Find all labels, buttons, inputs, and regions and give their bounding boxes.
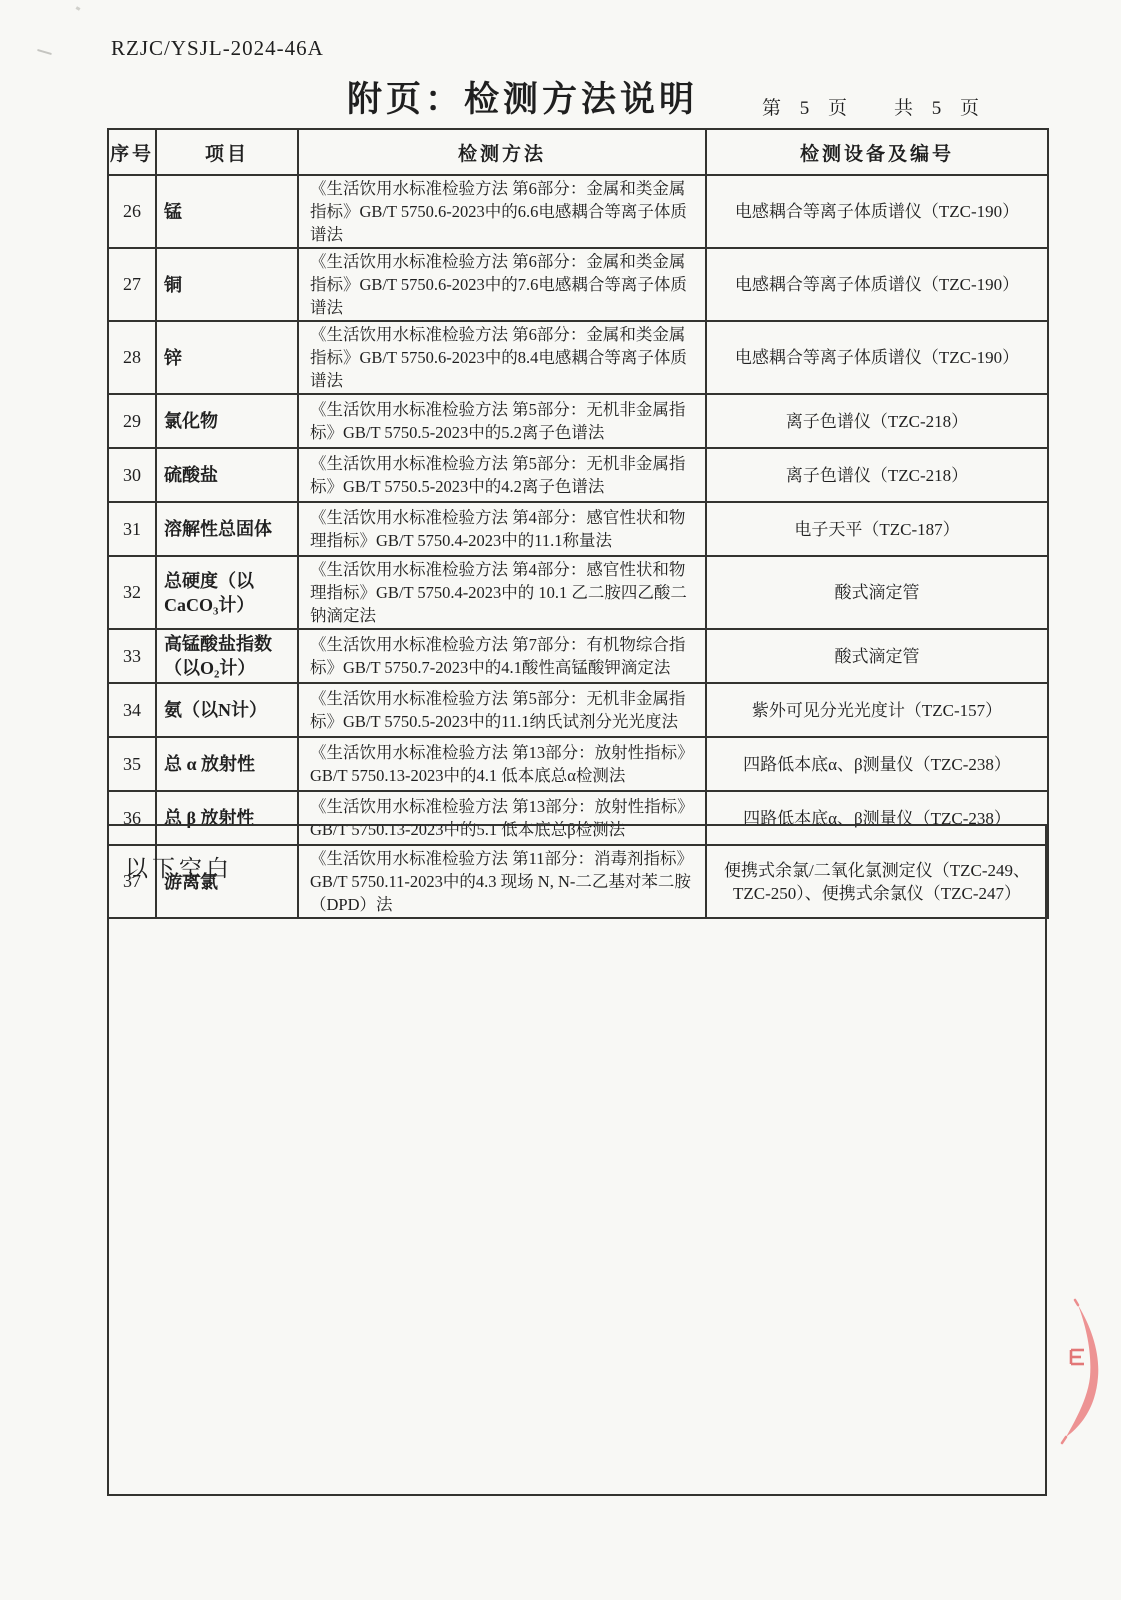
page-indicator: 第 5 页 共 5 页 xyxy=(762,93,986,120)
row-method: 《生活饮用水标准检验方法 第5部分：无机非金属指标》GB/T 5750.5-20… xyxy=(298,394,706,448)
page-title: 附页：检测方法说明 xyxy=(347,72,698,122)
row-number: 32 xyxy=(108,556,156,629)
row-method: 《生活饮用水标准检验方法 第6部分：金属和类金属指标》GB/T 5750.6-2… xyxy=(298,321,706,394)
row-number: 28 xyxy=(108,321,156,394)
row-number: 34 xyxy=(108,683,156,737)
row-number: 29 xyxy=(108,394,156,448)
row-item: 氨（以N计） xyxy=(156,683,298,737)
row-equipment: 离子色谱仪（TZC-218） xyxy=(706,448,1048,502)
row-method: 《生活饮用水标准检验方法 第5部分：无机非金属指标》GB/T 5750.5-20… xyxy=(298,683,706,737)
row-method: 《生活饮用水标准检验方法 第4部分：感官性状和物理指标》GB/T 5750.4-… xyxy=(298,502,706,556)
red-seal-edge-icon xyxy=(1044,1292,1106,1448)
row-equipment: 离子色谱仪（TZC-218） xyxy=(706,394,1048,448)
row-equipment: 四路低本底α、β测量仪（TZC-238） xyxy=(706,737,1048,791)
row-equipment: 紫外可见分光光度计（TZC-157） xyxy=(706,683,1048,737)
page-current: 第 5 页 xyxy=(762,93,854,120)
row-item: 锰 xyxy=(156,175,298,248)
blank-note: 以下空白 xyxy=(125,850,233,883)
table-row: 27铜《生活饮用水标准检验方法 第6部分：金属和类金属指标》GB/T 5750.… xyxy=(108,248,1048,321)
col-header-method: 检测方法 xyxy=(298,129,706,175)
row-number: 27 xyxy=(108,248,156,321)
document-page: RZJC/YSJL-2024-46A 附页：检测方法说明 第 5 页 共 5 页… xyxy=(0,0,1121,1600)
col-header-equipment: 检测设备及编号 xyxy=(706,129,1048,175)
row-item: 氯化物 xyxy=(156,394,298,448)
blank-area-box: 以下空白 xyxy=(107,824,1047,1496)
col-header-item: 项目 xyxy=(156,129,298,175)
methods-table: 序号 项目 检测方法 检测设备及编号 26锰《生活饮用水标准检验方法 第6部分：… xyxy=(107,128,1049,919)
row-item: 高锰酸盐指数（以O₂计） xyxy=(156,629,298,683)
row-item: 硫酸盐 xyxy=(156,448,298,502)
row-equipment: 酸式滴定管 xyxy=(706,629,1048,683)
scan-artifact-speck xyxy=(76,6,81,11)
row-item: 总硬度（以CaCO₃计） xyxy=(156,556,298,629)
row-method: 《生活饮用水标准检验方法 第6部分：金属和类金属指标》GB/T 5750.6-2… xyxy=(298,248,706,321)
row-equipment: 酸式滴定管 xyxy=(706,556,1048,629)
row-item: 铜 xyxy=(156,248,298,321)
row-equipment: 电感耦合等离子体质谱仪（TZC-190） xyxy=(706,248,1048,321)
document-code: RZJC/YSJL-2024-46A xyxy=(111,36,324,61)
scan-artifact-dash xyxy=(37,49,52,55)
row-method: 《生活饮用水标准检验方法 第4部分：感官性状和物理指标》GB/T 5750.4-… xyxy=(298,556,706,629)
row-number: 30 xyxy=(108,448,156,502)
row-method: 《生活饮用水标准检验方法 第5部分：无机非金属指标》GB/T 5750.5-20… xyxy=(298,448,706,502)
row-item: 锌 xyxy=(156,321,298,394)
row-equipment: 电感耦合等离子体质谱仪（TZC-190） xyxy=(706,175,1048,248)
row-number: 26 xyxy=(108,175,156,248)
row-method: 《生活饮用水标准检验方法 第6部分：金属和类金属指标》GB/T 5750.6-2… xyxy=(298,175,706,248)
table-row: 28锌《生活饮用水标准检验方法 第6部分：金属和类金属指标》GB/T 5750.… xyxy=(108,321,1048,394)
row-item: 总 α 放射性 xyxy=(156,737,298,791)
table-row: 33高锰酸盐指数（以O₂计）《生活饮用水标准检验方法 第7部分：有机物综合指标》… xyxy=(108,629,1048,683)
table-row: 35总 α 放射性《生活饮用水标准检验方法 第13部分：放射性指标》GB/T 5… xyxy=(108,737,1048,791)
page-total: 共 5 页 xyxy=(894,93,986,120)
row-number: 31 xyxy=(108,502,156,556)
table-row: 30硫酸盐《生活饮用水标准检验方法 第5部分：无机非金属指标》GB/T 5750… xyxy=(108,448,1048,502)
row-equipment: 电子天平（TZC-187） xyxy=(706,502,1048,556)
row-method: 《生活饮用水标准检验方法 第7部分：有机物综合指标》GB/T 5750.7-20… xyxy=(298,629,706,683)
row-number: 35 xyxy=(108,737,156,791)
table-row: 31溶解性总固体《生活饮用水标准检验方法 第4部分：感官性状和物理指标》GB/T… xyxy=(108,502,1048,556)
col-header-no: 序号 xyxy=(108,129,156,175)
row-number: 33 xyxy=(108,629,156,683)
table-row: 34氨（以N计）《生活饮用水标准检验方法 第5部分：无机非金属指标》GB/T 5… xyxy=(108,683,1048,737)
row-equipment: 电感耦合等离子体质谱仪（TZC-190） xyxy=(706,321,1048,394)
table-row: 26锰《生活饮用水标准检验方法 第6部分：金属和类金属指标》GB/T 5750.… xyxy=(108,175,1048,248)
table-row: 32总硬度（以CaCO₃计）《生活饮用水标准检验方法 第4部分：感官性状和物理指… xyxy=(108,556,1048,629)
table-header-row: 序号 项目 检测方法 检测设备及编号 xyxy=(108,129,1048,175)
row-method: 《生活饮用水标准检验方法 第13部分：放射性指标》GB/T 5750.13-20… xyxy=(298,737,706,791)
row-item: 溶解性总固体 xyxy=(156,502,298,556)
table-row: 29氯化物《生活饮用水标准检验方法 第5部分：无机非金属指标》GB/T 5750… xyxy=(108,394,1048,448)
